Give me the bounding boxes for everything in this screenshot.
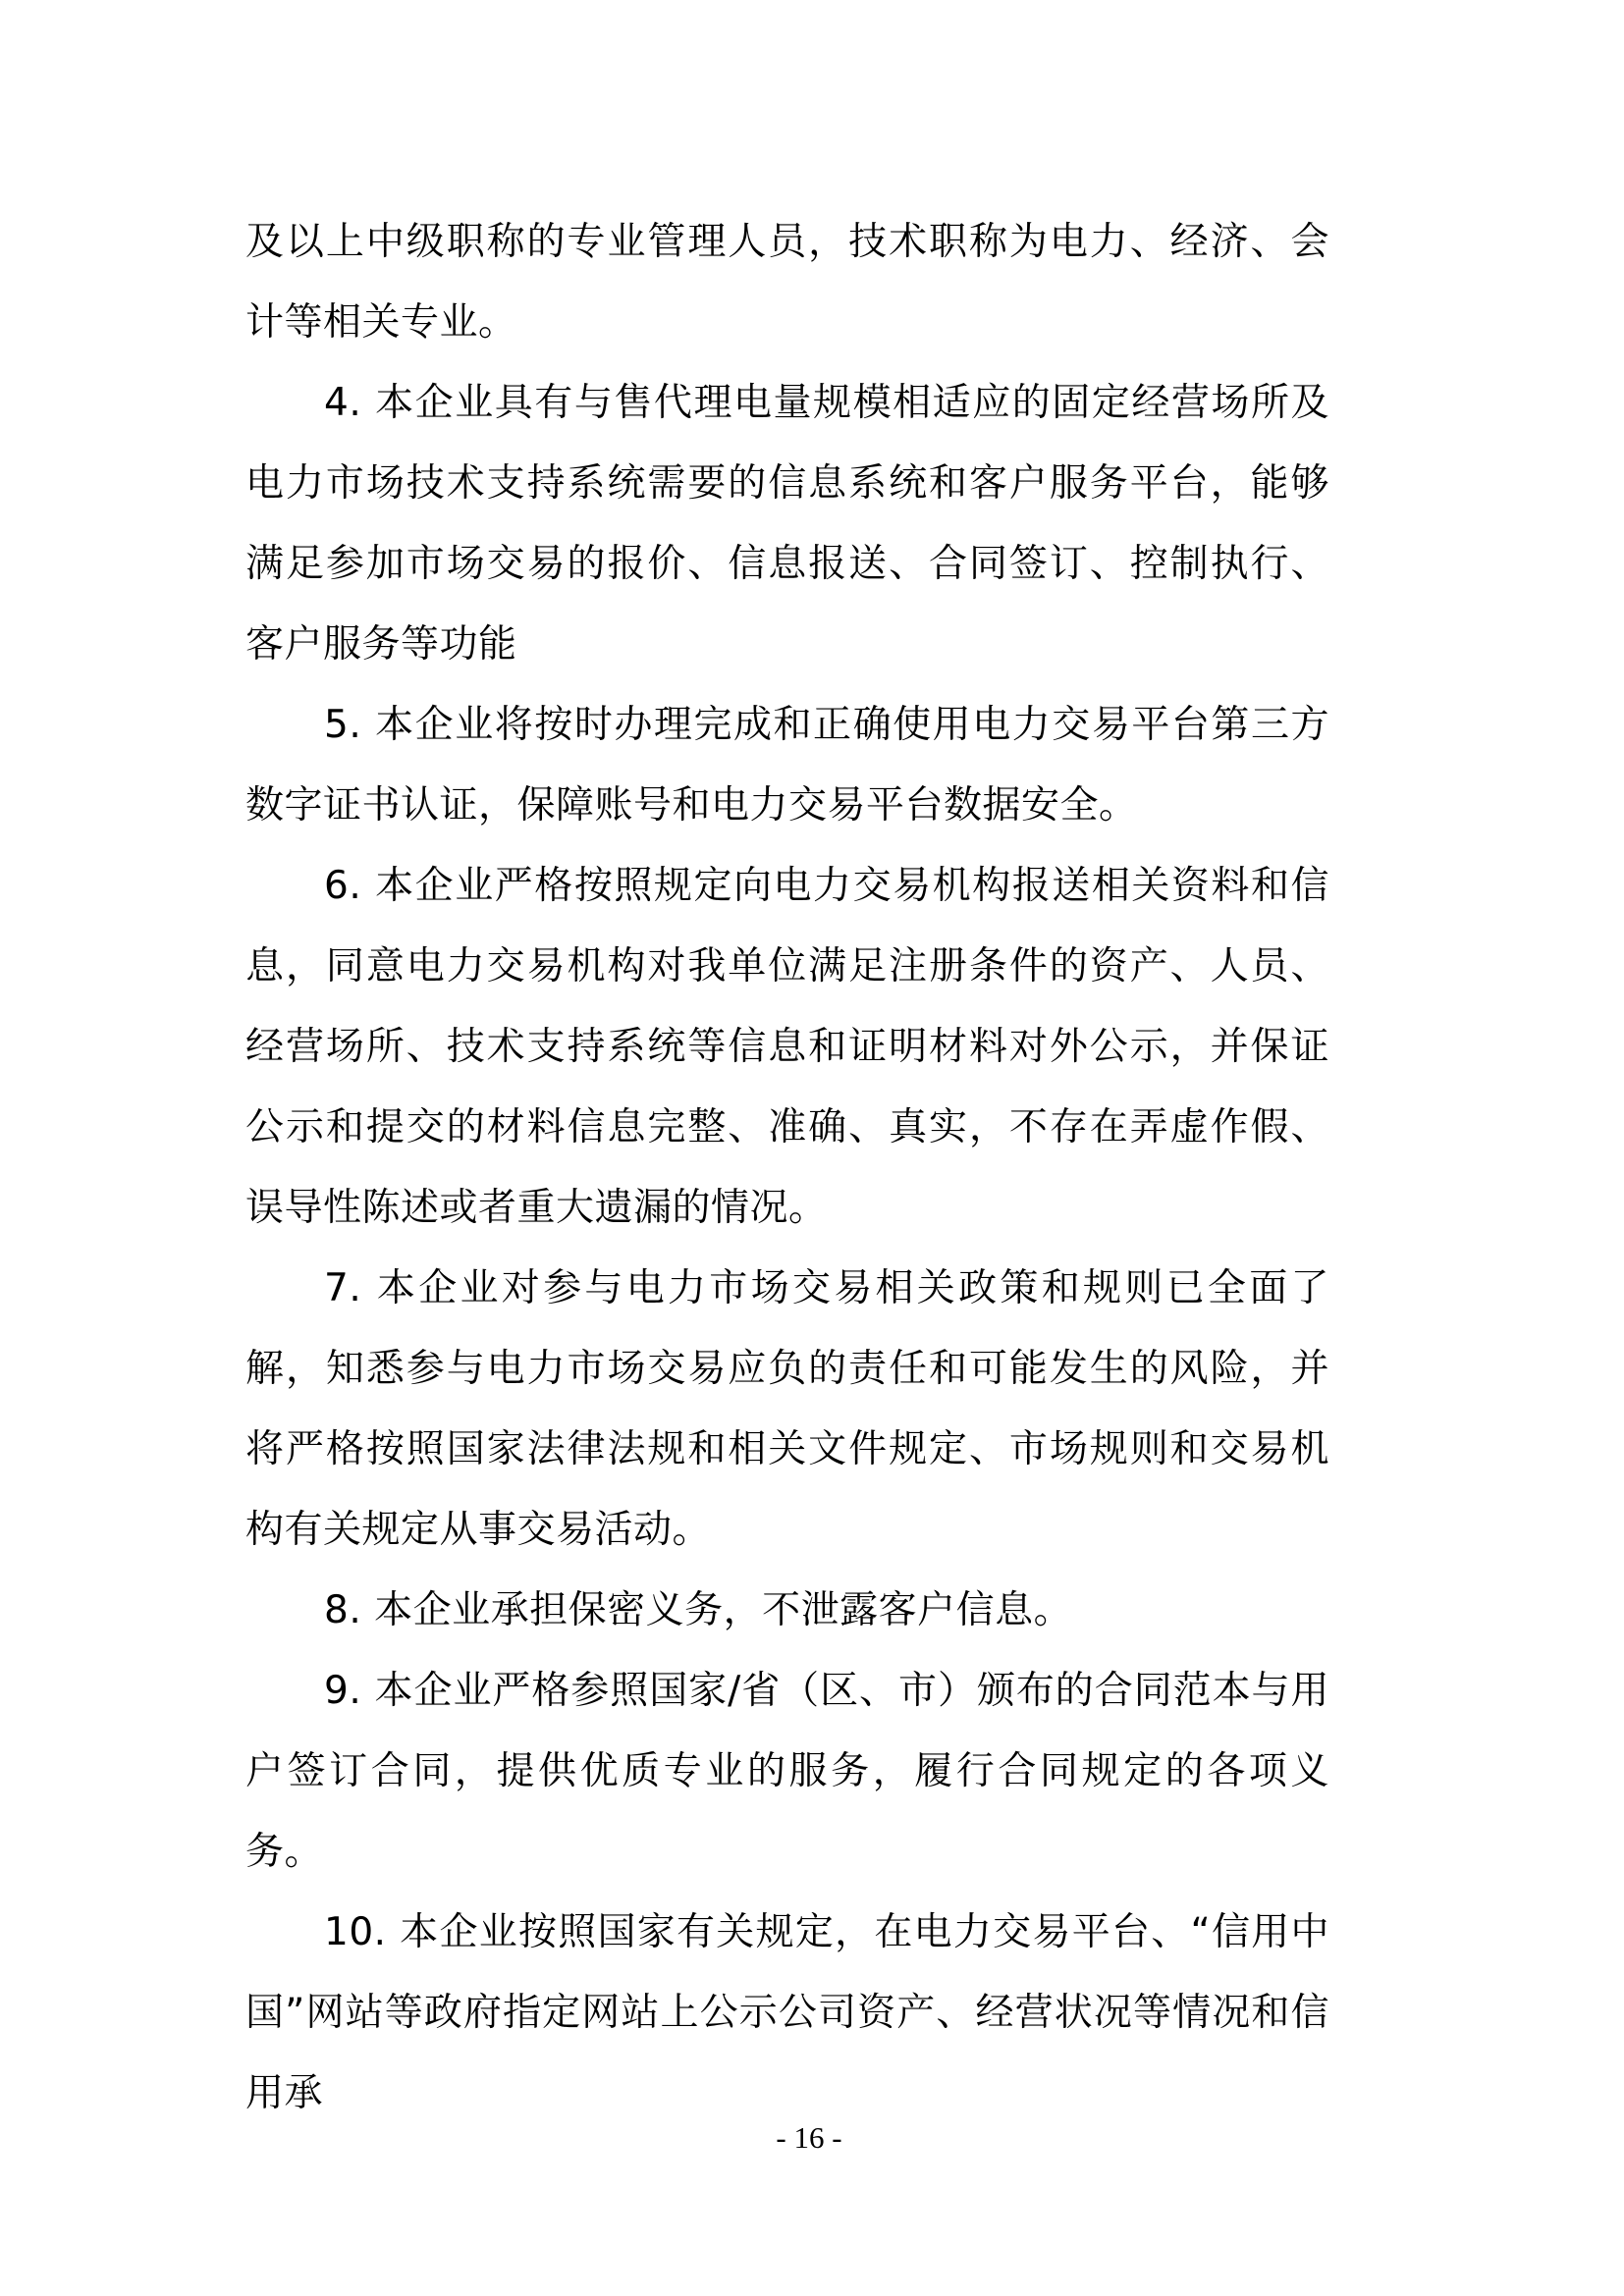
paragraph: 9. 本企业严格参照国家/省（区、市）颁布的合同范本与用户签订合同，提供优质专业…: [245, 1651, 1329, 1893]
paragraph: 10. 本企业按照国家有关规定，在电力交易平台、“信用中国”网站等政府指定网站上…: [245, 1893, 1329, 2134]
paragraph-text: 5. 本企业将按时办理完成和正确使用电力交易平台第三方数字证书认证，保障账号和电…: [245, 703, 1329, 828]
paragraph: 5. 本企业将按时办理完成和正确使用电力交易平台第三方数字证书认证，保障账号和电…: [245, 685, 1329, 846]
page-footer: - 16 -: [0, 2118, 1624, 2158]
paragraph: 8. 本企业承担保密义务，不泄露客户信息。: [245, 1571, 1329, 1651]
paragraph-text: 8. 本企业承担保密义务，不泄露客户信息。: [324, 1588, 1072, 1632]
page-number: - 16 -: [776, 2120, 841, 2155]
paragraph-text: 10. 本企业按照国家有关规定，在电力交易平台、“信用中国”网站等政府指定网站上…: [245, 1910, 1329, 2115]
document-body: 及以上中级职称的专业管理人员，技术职称为电力、经济、会计等相关专业。4. 本企业…: [245, 202, 1329, 2134]
paragraph-text: 及以上中级职称的专业管理人员，技术职称为电力、经济、会计等相关专业。: [245, 220, 1329, 345]
paragraph: 6. 本企业严格按照规定向电力交易机构报送相关资料和信息，同意电力交易机构对我单…: [245, 846, 1329, 1249]
paragraph: 7. 本企业对参与电力市场交易相关政策和规则已全面了解，知悉参与电力市场交易应负…: [245, 1249, 1329, 1571]
paragraph-text: 7. 本企业对参与电力市场交易相关政策和规则已全面了解，知悉参与电力市场交易应负…: [245, 1266, 1329, 1552]
paragraph: 4. 本企业具有与售代理电量规模相适应的固定经营场所及电力市场技术支持系统需要的…: [245, 363, 1329, 685]
paragraph: 及以上中级职称的专业管理人员，技术职称为电力、经济、会计等相关专业。: [245, 202, 1329, 363]
paragraph-text: 9. 本企业严格参照国家/省（区、市）颁布的合同范本与用户签订合同，提供优质专业…: [245, 1669, 1329, 1874]
paragraph-text: 6. 本企业严格按照规定向电力交易机构报送相关资料和信息，同意电力交易机构对我单…: [245, 864, 1329, 1230]
paragraph-text: 4. 本企业具有与售代理电量规模相适应的固定经营场所及电力市场技术支持系统需要的…: [245, 381, 1329, 667]
document-page: 及以上中级职称的专业管理人员，技术职称为电力、经济、会计等相关专业。4. 本企业…: [0, 0, 1624, 2296]
